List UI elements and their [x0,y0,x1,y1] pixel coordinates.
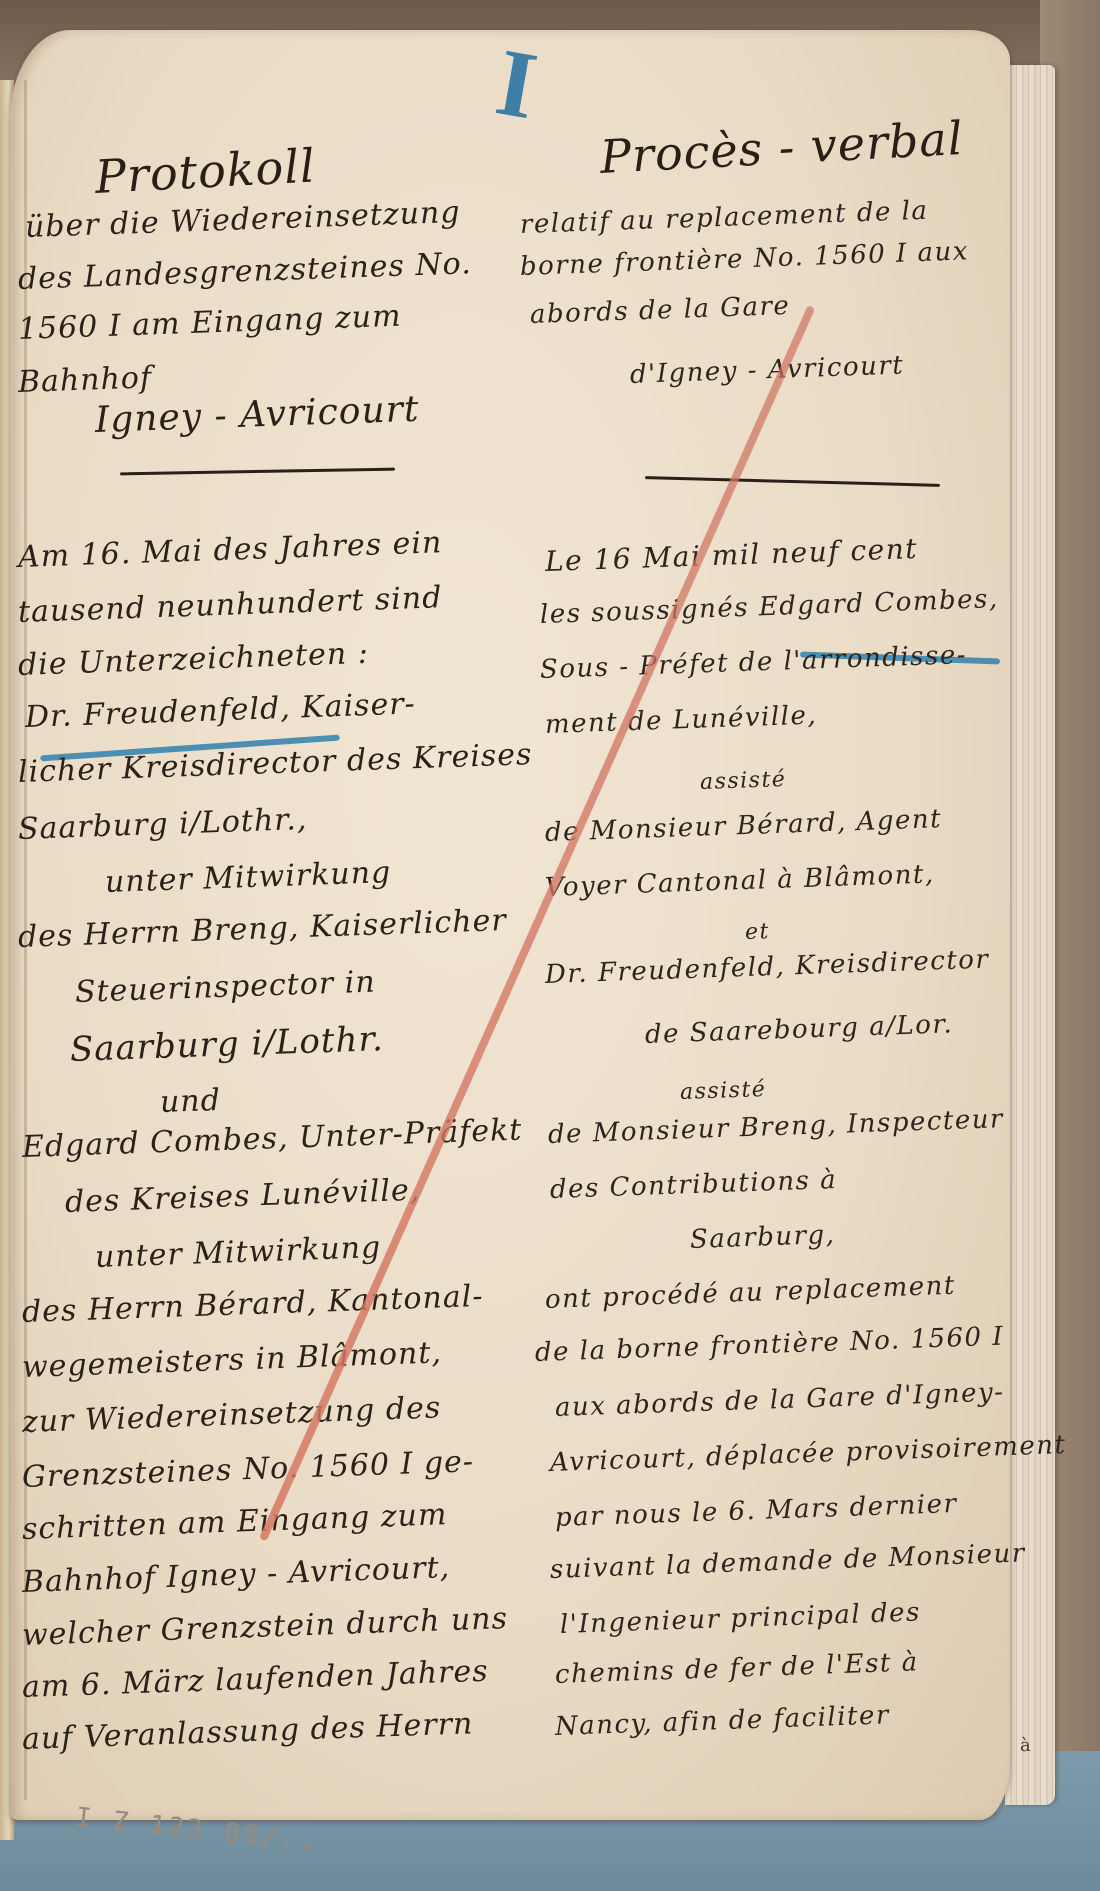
french-body-line: et [745,919,771,945]
trailing-continuation-mark: à [1020,1735,1031,1756]
german-body-line: und [159,1083,221,1120]
french-body-line: assisté [680,1077,767,1105]
german-title: Protokoll [94,138,317,203]
french-body-line: assisté [700,767,787,795]
german-heading-line: Bahnhof [17,360,152,400]
french-body-line: Saarburg, [689,1220,835,1255]
